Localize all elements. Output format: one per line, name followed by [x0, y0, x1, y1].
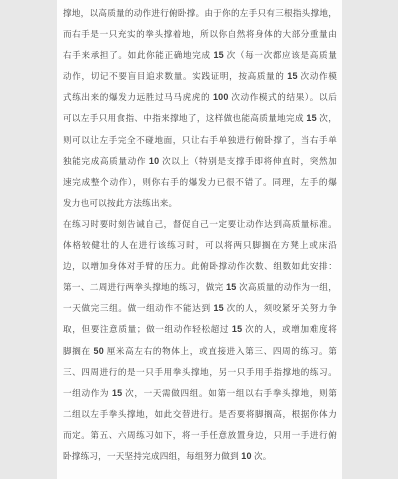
text-line: 取，但要注意质量；做一组动作轻松超过 15 次的人，或增加难度将 — [63, 319, 337, 340]
text-line: 发力也可以按此方法练出来。 — [63, 193, 337, 214]
text-line: 卧撑练习，一天坚持完成四组，每组努力做到 10 次。 — [63, 446, 337, 467]
text-line: 则可以让左手完全不碰地面，只让右手单独进行俯卧撑了，当右手单 — [63, 130, 337, 151]
text-line: 动作，切记不要盲目追求数量。实践证明，按高质量的 15 次动作模 — [63, 66, 337, 87]
text-line: 三、四周进行的是一只手用拳头撑地，另一只手用手指撑地的练习。 — [63, 362, 337, 383]
numeral: 15 — [287, 71, 297, 81]
text-line: 脚搁在 50 厘米高左右的物体上，或直接进入第三、四周的练习。第 — [63, 341, 337, 362]
document-page: 撑地，以高质量的动作进行俯卧撑。由于你的左手只有三根指头撑地，而右手是一只充实的… — [57, 0, 342, 479]
text-line: 边，以增加身体对手臂的压力。此俯卧撑动作次数、组数如此安排： — [63, 256, 337, 277]
text-line: 二组以左手拳头撑地，如此交替进行。是否要将脚搁高，根据你体力 — [63, 404, 337, 425]
numeral: 15 — [112, 388, 122, 398]
numeral: 10 — [241, 451, 251, 461]
text-line: 在练习时要时刻告诫自己，督促自己一定要让动作达到高质量标准。 — [63, 214, 337, 235]
text-line: 而右手是一只充实的拳头撑着地，所以你自然将身体的大部分重量由 — [63, 24, 337, 45]
numeral: 15 — [306, 113, 316, 123]
text-line: 一天做完三组。做一组动作不能达到 15 次的人，须咬紧牙关努力争 — [63, 298, 337, 319]
text-line: 式练出来的爆发力远胜过马马虎虎的 100 次动作模式的结果）。以后 — [63, 87, 337, 108]
text-line: 撑地，以高质量的动作进行俯卧撑。由于你的左手只有三根指头撑地， — [63, 3, 337, 24]
text-line: 速完成整个动作），则你右手的爆发力已很不错了。同理，左手的爆 — [63, 172, 337, 193]
numeral: 15 — [213, 50, 223, 60]
text-line: 一组动作为 15 次，一天需做四组。如第一组以右手拳头撑地，则第 — [63, 383, 337, 404]
text-line: 右手来承担了。如此你能正确地完成 15 次（每一次都应该是高质量 — [63, 45, 337, 66]
text-line: 可以左手只用食指、中指来撑地了，这样做也能高质量地完成 15 次， — [63, 108, 337, 129]
numeral: 15 — [226, 282, 236, 292]
numeral: 50 — [93, 346, 103, 356]
document-content: 撑地，以高质量的动作进行俯卧撑。由于你的左手只有三根指头撑地，而右手是一只充实的… — [57, 0, 342, 467]
numeral: 10 — [149, 156, 159, 166]
numeral: 15 — [213, 303, 223, 313]
numeral: 100 — [213, 92, 229, 102]
text-line: 独能完成高质量动作 10 次以上（特别是支撑手即将伸直时，突然加 — [63, 151, 337, 172]
paragraph: 在练习时要时刻告诫自己，督促自己一定要让动作达到高质量标准。体格较健壮的人在进行… — [63, 214, 337, 467]
text-line: 体格较健壮的人在进行该练习时，可以将两只脚搁在方凳上或床沿 — [63, 235, 337, 256]
numeral: 15 — [232, 324, 242, 334]
paragraph: 撑地，以高质量的动作进行俯卧撑。由于你的左手只有三根指头撑地，而右手是一只充实的… — [63, 3, 337, 214]
text-line: 第一、二周进行两拳头撑地的练习，做完 15 次高质量的动作为一组， — [63, 277, 337, 298]
text-line: 而定。第五、六周练习如下，将一手任意放置身边，只用一手进行俯 — [63, 425, 337, 446]
